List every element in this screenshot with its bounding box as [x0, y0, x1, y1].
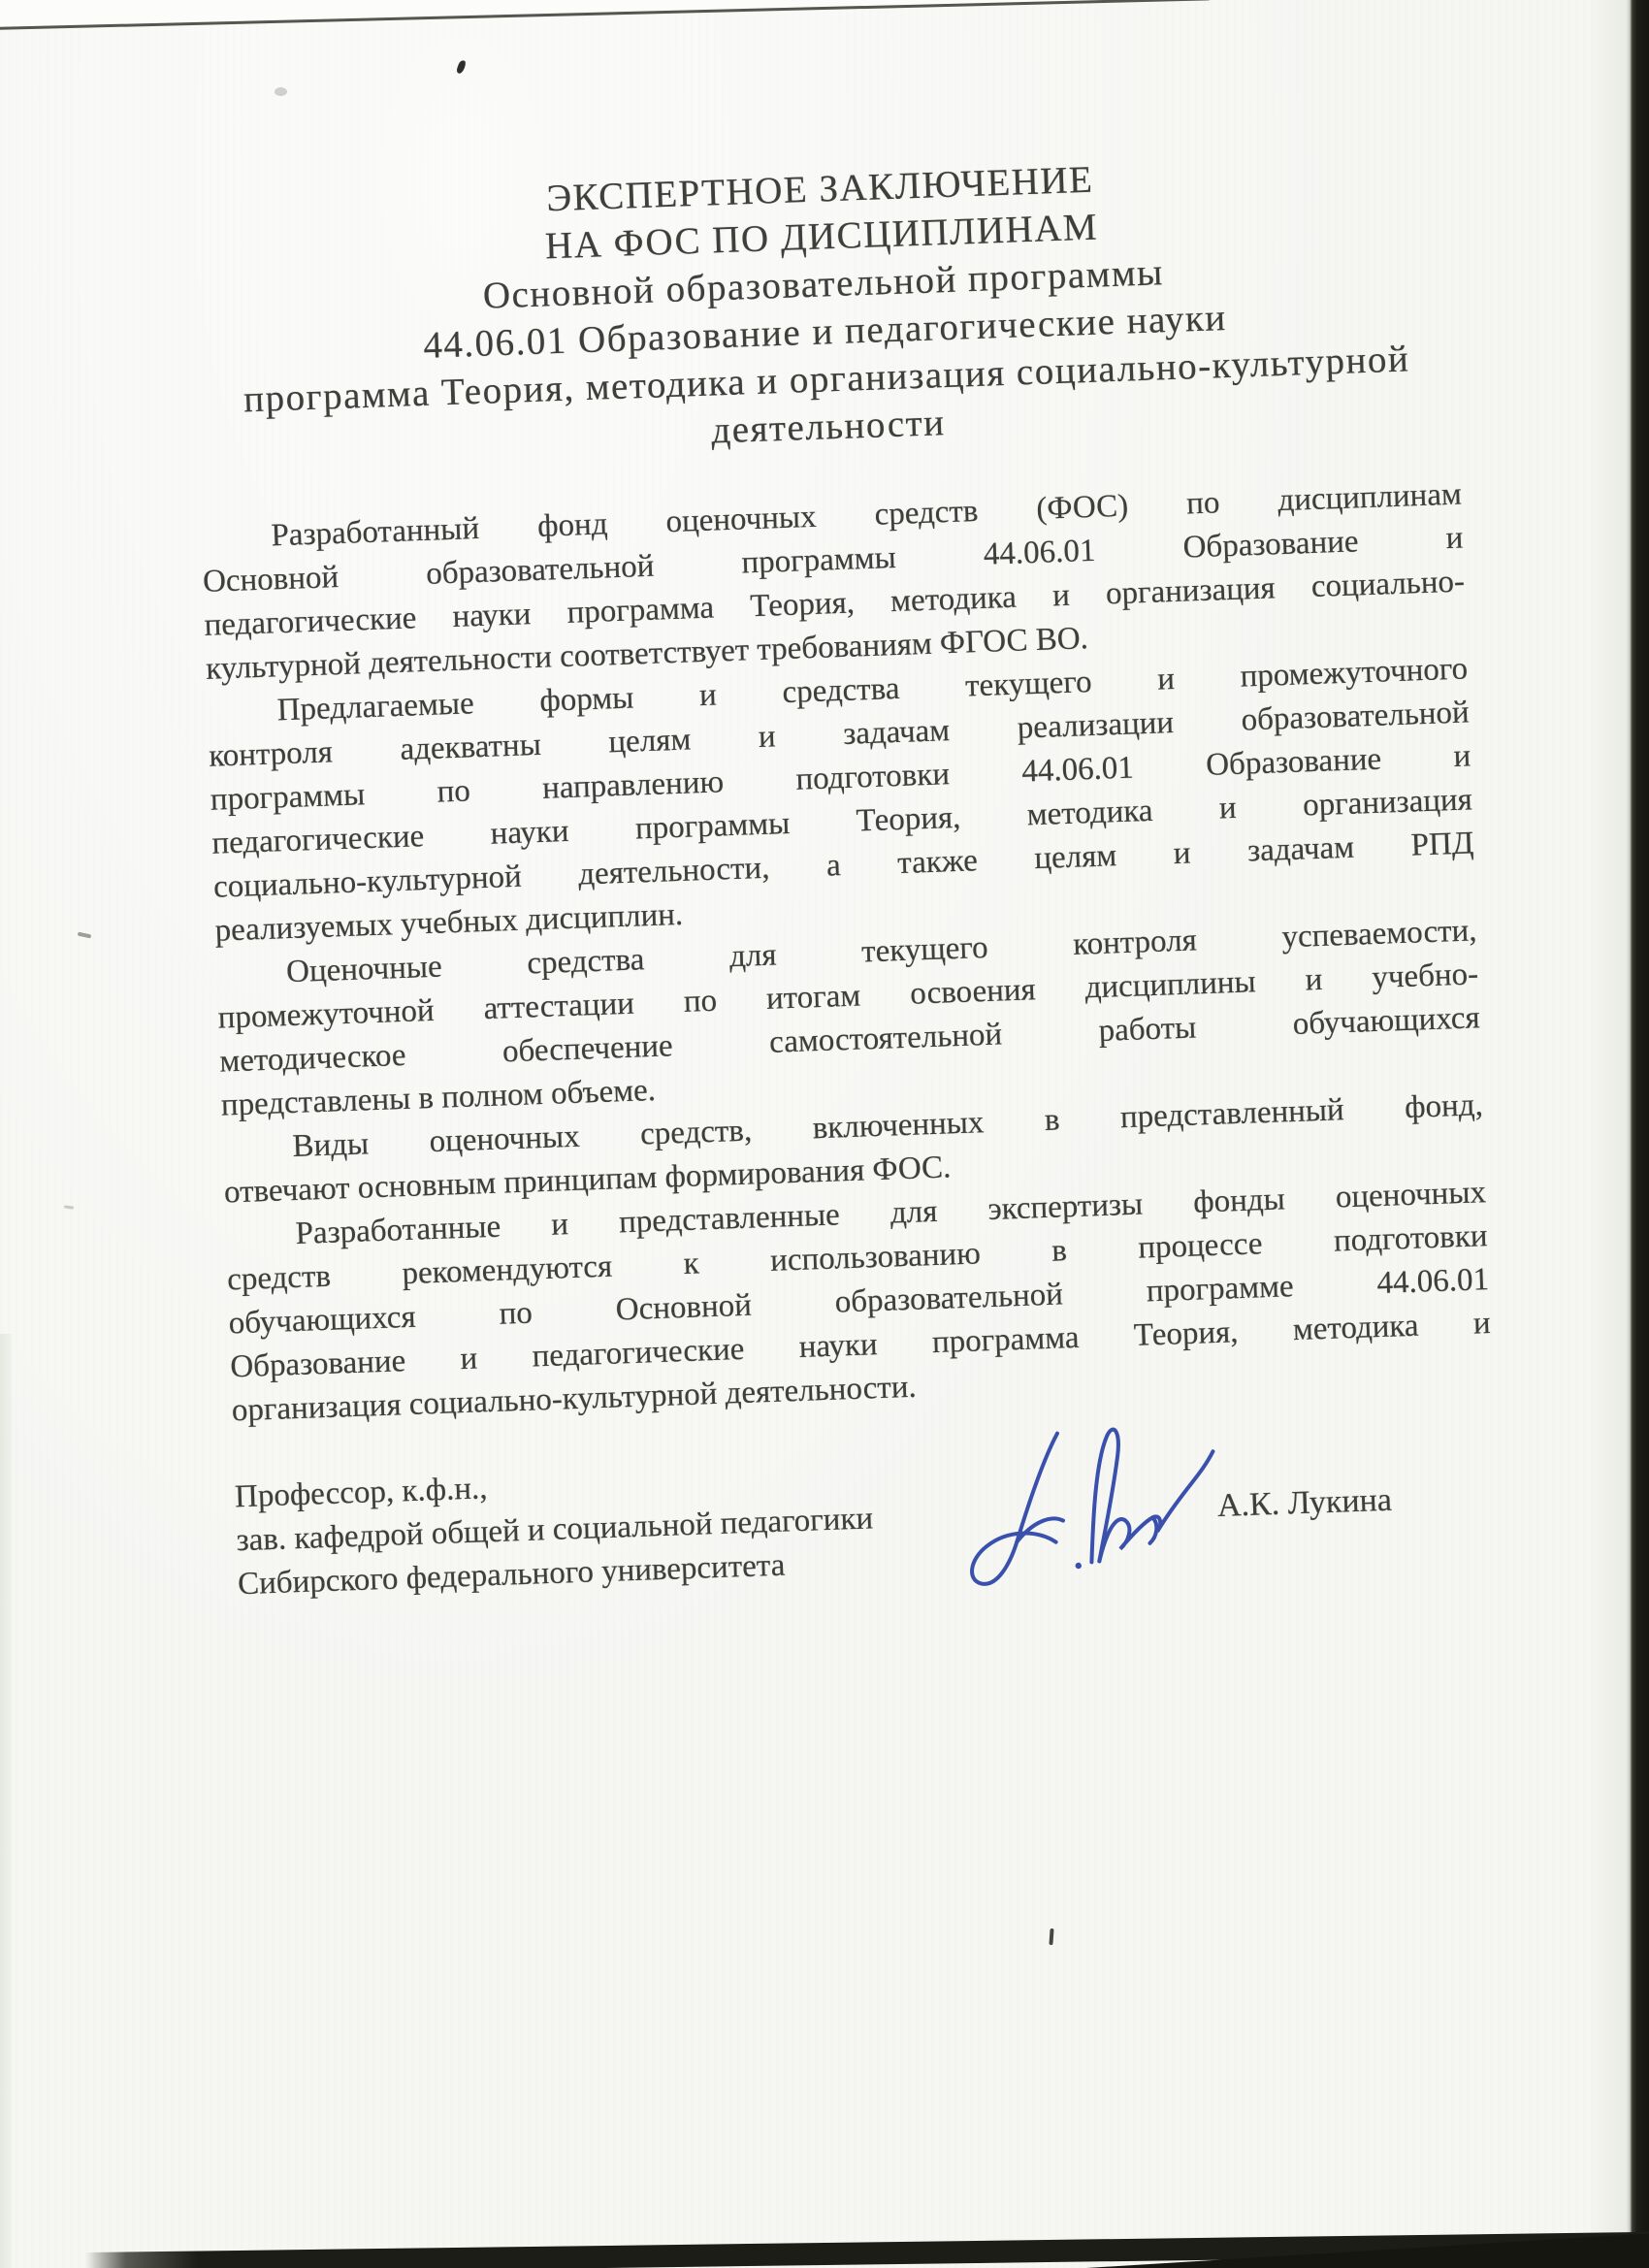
scan-top-page-edge — [0, 0, 1210, 30]
scan-speck — [78, 932, 92, 939]
scan-right-edge-band — [1589, 0, 1649, 2268]
paragraph: Предлагаемые формы и средства текущего и… — [207, 647, 1476, 953]
scanned-page: ЭКСПЕРТНОЕ ЗАКЛЮЧЕНИЕ НА ФОС ПО ДИСЦИПЛИ… — [0, 0, 1649, 2268]
document-title: ЭКСПЕРТНОЕ ЗАКЛЮЧЕНИЕ НА ФОС ПО ДИСЦИПЛИ… — [188, 132, 1459, 472]
scan-speck — [64, 1205, 74, 1209]
paragraph: Разработанные и представленные для экспе… — [225, 1171, 1493, 1433]
signee-name: А.К. Лукина — [1216, 1478, 1392, 1528]
handwritten-signature — [946, 1405, 1228, 1599]
signature-block: Профессор, к.ф.н., зав. кафедрой общей и… — [234, 1432, 1502, 1679]
scan-speck — [456, 59, 467, 75]
scan-speck — [275, 87, 287, 96]
scan-speck — [1049, 1928, 1053, 1945]
document-content: ЭКСПЕРТНОЕ ЗАКЛЮЧЕНИЕ НА ФОС ПО ДИСЦИПЛИ… — [188, 132, 1501, 1679]
scan-left-edge-strip — [0, 1334, 12, 2268]
